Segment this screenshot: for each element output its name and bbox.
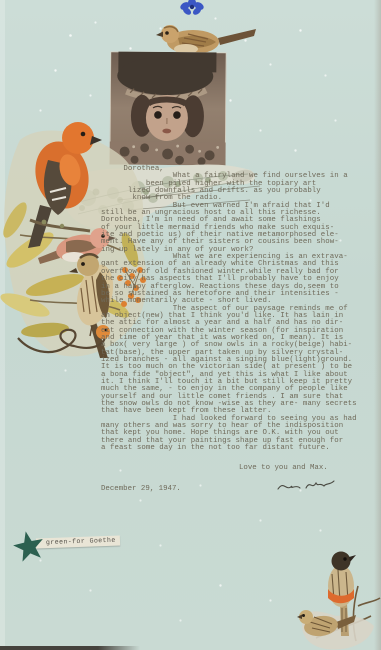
letter-body-text: Dorothea, What a fairyland we find ourse…	[101, 166, 379, 452]
signature-scrawl	[276, 476, 338, 496]
letter-date: December 29, 1947.	[101, 485, 181, 493]
letter-closing: Love to you and Max.	[239, 464, 328, 472]
blue-flower-icon	[179, 0, 205, 16]
photo-corner-shadow	[0, 646, 140, 650]
star-label: green-for Goethe	[36, 536, 120, 549]
green-star-icon	[12, 530, 46, 564]
letter-collage-scan: Dorothea, What a fairyland we find ourse…	[0, 0, 381, 650]
paper-speckles	[0, 0, 1, 1]
bottom-right-birds-collage	[296, 546, 381, 650]
